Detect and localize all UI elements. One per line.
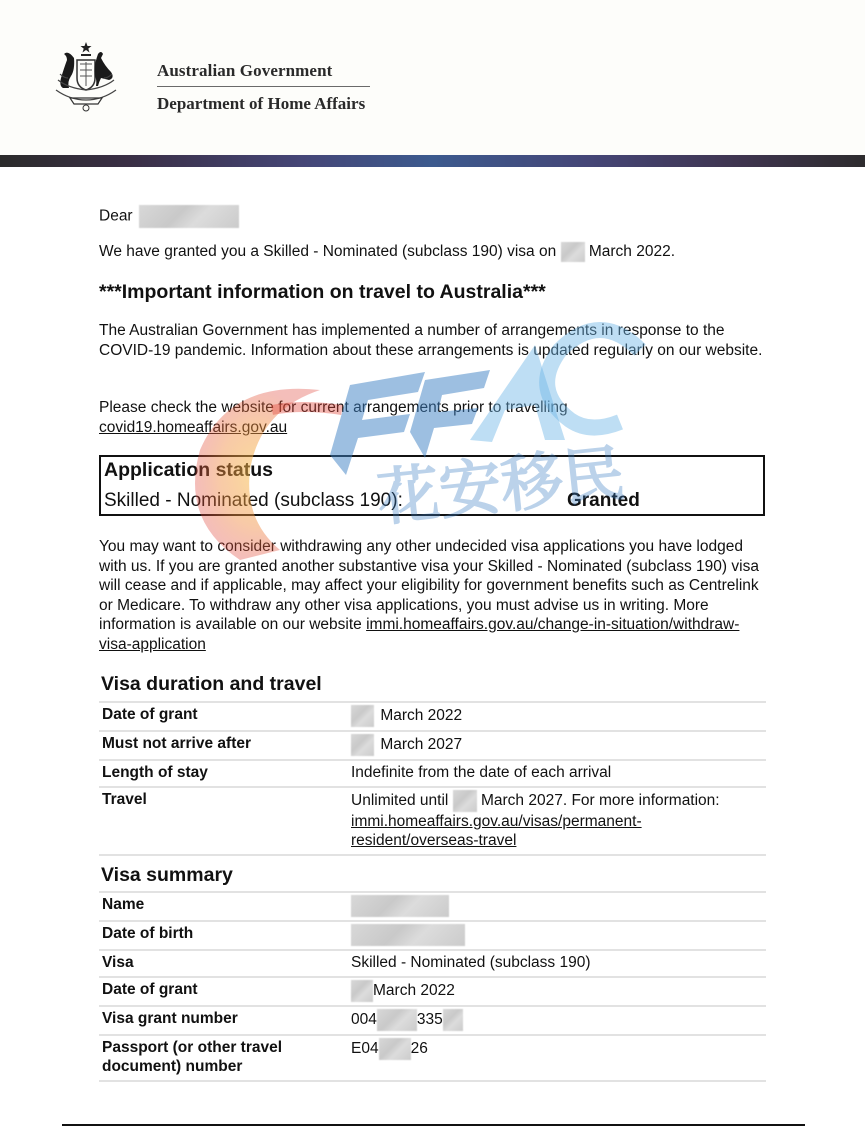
grant-sentence-suffix: March 2022. xyxy=(589,243,675,260)
row-label: Length of stay xyxy=(99,760,348,787)
header-color-band xyxy=(0,155,865,167)
redacted-digits xyxy=(443,1009,463,1031)
letterhead: Australian Government Department of Home… xyxy=(0,0,865,155)
visa-summary-heading: Visa summary xyxy=(101,864,233,887)
redacted-day xyxy=(351,980,373,1002)
application-status-box: Application status Skilled - Nominated (… xyxy=(99,455,765,516)
table-row: Name xyxy=(99,892,766,921)
application-status-visa: Skilled - Nominated (subclass 190): xyxy=(104,490,403,512)
redacted-day xyxy=(561,242,585,262)
row-label: Visa grant number xyxy=(99,1006,348,1035)
table-row: Visa grant number 004335 xyxy=(99,1006,766,1035)
row-label: Travel xyxy=(99,787,348,855)
letterhead-divider xyxy=(157,86,370,87)
row-label: Date of birth xyxy=(99,921,348,950)
row-value: March 2022 xyxy=(348,977,766,1006)
grant-sentence-prefix: We have granted you a Skilled - Nominate… xyxy=(99,243,556,260)
row-label: Date of grant xyxy=(99,702,348,731)
row-label: Must not arrive after xyxy=(99,731,348,760)
row-label: Visa xyxy=(99,950,348,977)
application-status-value: Granted xyxy=(567,490,640,512)
row-value xyxy=(348,921,766,950)
redacted-digits xyxy=(379,1038,411,1060)
row-label: Name xyxy=(99,892,348,921)
row-value: March 2027 xyxy=(348,731,766,760)
row-value: Skilled - Nominated (subclass 190) xyxy=(348,950,766,977)
table-row: Visa Skilled - Nominated (subclass 190) xyxy=(99,950,766,977)
table-row: Travel Unlimited until March 2027. For m… xyxy=(99,787,766,855)
check-website-text: Please check the website for current arr… xyxy=(99,399,568,416)
row-value: Indefinite from the date of each arrival xyxy=(348,760,766,787)
row-value: March 2022 xyxy=(348,702,766,731)
redacted-day xyxy=(351,734,374,756)
table-row: Date of grant March 2022 xyxy=(99,977,766,1006)
withdraw-paragraph: You may want to consider withdrawing any… xyxy=(99,537,769,654)
salutation: Dear xyxy=(99,205,239,228)
application-status-title: Application status xyxy=(104,459,273,482)
covid-website-link[interactable]: covid19.homeaffairs.gov.au xyxy=(99,419,287,436)
row-value: Unlimited until March 2027. For more inf… xyxy=(348,787,766,855)
salutation-text: Dear xyxy=(99,208,133,225)
redacted-digits xyxy=(377,1009,417,1031)
table-row: Passport (or other travel document) numb… xyxy=(99,1035,766,1081)
row-value: E0426 xyxy=(348,1035,766,1081)
redacted-day xyxy=(351,705,374,727)
table-row: Date of birth xyxy=(99,921,766,950)
covid-paragraph: The Australian Government has implemente… xyxy=(99,321,764,360)
department-name: Department of Home Affairs xyxy=(157,94,365,114)
row-value: 004335 xyxy=(348,1006,766,1035)
government-name: Australian Government xyxy=(157,61,332,81)
table-row: Date of grant March 2022 xyxy=(99,702,766,731)
grant-sentence: We have granted you a Skilled - Nominate… xyxy=(99,242,675,262)
row-label: Date of grant xyxy=(99,977,348,1006)
visa-duration-heading: Visa duration and travel xyxy=(101,673,322,696)
visa-duration-table: Date of grant March 2022 Must not arrive… xyxy=(99,701,766,856)
visa-summary-table: Name Date of birth Visa Skilled - Nomina… xyxy=(99,891,766,1082)
table-row: Length of stay Indefinite from the date … xyxy=(99,760,766,787)
overseas-travel-link[interactable]: immi.homeaffairs.gov.au/visas/permanent-… xyxy=(351,812,731,851)
check-website-paragraph: Please check the website for current arr… xyxy=(99,398,764,437)
redacted-day xyxy=(453,790,477,812)
coat-of-arms-icon xyxy=(50,40,122,114)
important-heading: ***Important information on travel to Au… xyxy=(99,281,546,304)
table-row: Must not arrive after March 2027 xyxy=(99,731,766,760)
redacted-date-of-birth xyxy=(351,924,465,946)
row-value xyxy=(348,892,766,921)
redacted-name xyxy=(351,895,449,917)
row-label: Passport (or other travel document) numb… xyxy=(99,1035,348,1081)
redacted-name xyxy=(139,205,239,228)
